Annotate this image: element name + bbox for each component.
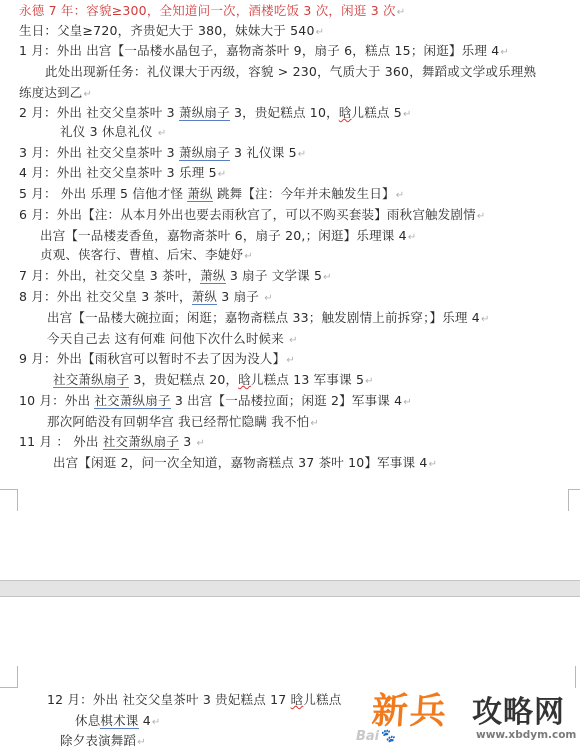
doc-line-month-6-outing[interactable]: 出宫【一品楼麦香鱼，嘉物斋茶叶 6，扇子 20,；闲逛】乐理课 4↵ — [40, 228, 416, 246]
doc-line-month-12[interactable]: 12 月：外出 社交父皇茶叶 3 贵妃糕点 17 晗儿糕点 — [47, 692, 341, 708]
doc-line-new-task-cont[interactable]: 练度达到乙↵ — [19, 85, 92, 103]
spellcheck-flagged-word: 晗 — [339, 105, 352, 120]
page2-top-left-margin-mark — [0, 666, 18, 688]
paragraph-mark-icon: ↵ — [137, 737, 146, 748]
site-watermark: Bai🐾 新兵 攻略网 www.xbdym.com — [360, 683, 580, 750]
paragraph-mark-icon: ↵ — [403, 109, 412, 120]
underlined-term: 社交萧纵扇子 — [53, 372, 129, 388]
underlined-term: 棋术课 — [100, 713, 138, 729]
paragraph-mark-icon: ↵ — [84, 89, 93, 100]
page1-bottom-left-margin-mark — [0, 489, 18, 511]
paragraph-mark-icon: ↵ — [408, 232, 417, 243]
paragraph-mark-icon: ↵ — [310, 418, 319, 429]
paragraph-mark-icon: ↵ — [152, 717, 161, 728]
underlined-term: 萧纵 — [187, 186, 212, 202]
paragraph-mark-icon: ↵ — [316, 27, 325, 38]
paragraph-mark-icon: ↵ — [197, 438, 206, 449]
paragraph-mark-icon: ↵ — [481, 314, 490, 325]
page-break-gap — [0, 580, 580, 597]
doc-line-month-11-outing[interactable]: 出宫【闲逛 2，问一次全知道，嘉物斋糕点 37 茶叶 10】军事课 4↵ — [53, 455, 437, 473]
doc-line-month-7[interactable]: 7 月：外出，社交父皇 3 茶叶，萧纵 3 扇子 文学课 5↵ — [19, 268, 332, 286]
doc-line-month-8-outing[interactable]: 出宫【一品楼大碗拉面；闲逛；嘉物斋糕点 33；触发剧情上前拆穿；】乐理 4↵ — [47, 310, 490, 328]
doc-line-month-6[interactable]: 6 月：外出【注：从本月外出也要去雨秋宫了，可以不购买套装】雨秋宫触发剧情↵ — [19, 207, 485, 225]
watermark-url: www.xbdym.com — [476, 729, 576, 741]
doc-line-month-1[interactable]: 1 月：外出 出宫【一品楼水晶包子，嘉物斋茶叶 9，扇子 6，糕点 15；闲逛】… — [19, 43, 509, 61]
paragraph-mark-icon: ↵ — [397, 7, 406, 18]
doc-line-month-9-social[interactable]: 社交萧纵扇子 3，贵妃糕点 20，晗儿糕点 13 军事课 5↵ — [53, 372, 374, 390]
paragraph-mark-icon: ↵ — [244, 251, 253, 262]
doc-line-month-5[interactable]: 5 月： 外出 乐理 5 信他才怪 萧纵 跳舞【注：今年并未触发生日】↵ — [19, 186, 404, 204]
spellcheck-flagged-word: 晗 — [238, 372, 251, 387]
paragraph-mark-icon: ↵ — [218, 169, 227, 180]
paragraph-mark-icon: ↵ — [403, 397, 412, 408]
watermark-brand-main: 新兵 — [370, 683, 450, 734]
doc-line-new-task[interactable]: 此处出现新任务：礼仪课大于丙级，容貌 > 230，气质大于 360，舞蹈或文学或… — [45, 64, 536, 80]
doc-line-month-10[interactable]: 10 月：外出 社交萧纵扇子 3 出宫【一品楼拉面；闲逛 2】军事课 4↵ — [19, 393, 412, 411]
doc-line-month-2-sub[interactable]: 礼仪 3 休息礼仪 ↵ — [60, 124, 166, 142]
paragraph-mark-icon: ↵ — [286, 355, 295, 366]
paragraph-mark-icon: ↵ — [396, 190, 405, 201]
spellcheck-flagged-word: 晗 — [291, 692, 304, 707]
doc-line-month-8-dialogue[interactable]: 今天自己去 这有何难 问他下次什么时候来 ↵ — [47, 331, 298, 349]
underlined-term: 萧纵扇子 — [179, 145, 230, 161]
doc-line-title[interactable]: 永德 7 年：容貌≥300，全知道问一次，酒楼吃饭 3 次，闲逛 3 次↵ — [19, 3, 405, 21]
doc-line-month-8[interactable]: 8 月：外出 社交父皇 3 茶叶，萧纵 3 扇子 ↵ — [19, 289, 273, 307]
paragraph-mark-icon: ↵ — [298, 149, 307, 160]
doc-line-new-year-eve[interactable]: 除夕表演舞蹈↵ — [60, 733, 146, 750]
doc-line-month-10-dialogue[interactable]: 那次阿皓没有回朝华宫 我已经帮忙隐瞒 我不怕↵ — [47, 414, 319, 432]
paragraph-mark-icon: ↵ — [500, 47, 509, 58]
watermark-brand-side: 攻略网 — [472, 687, 565, 731]
doc-line-birthday[interactable]: 生日：父皇≥720，齐贵妃大于 380，妹妹大于 540↵ — [19, 23, 324, 41]
underlined-term: 萧纵扇子 — [179, 105, 230, 121]
underlined-term: 社交萧纵扇子 — [103, 434, 179, 450]
doc-line-month-2[interactable]: 2 月：外出 社交父皇茶叶 3 萧纵扇子 3，贵妃糕点 10，晗儿糕点 5↵ — [19, 105, 412, 123]
doc-line-month-11[interactable]: 11 月 ： 外出 社交萧纵扇子 3 ↵ — [19, 434, 205, 452]
paragraph-mark-icon: ↵ — [477, 211, 486, 222]
underlined-term: 萧纵 — [200, 268, 225, 284]
paragraph-mark-icon: ↵ — [264, 293, 273, 304]
doc-line-month-6-books[interactable]: 贞观、侠客行、曹植、后宋、李婕妤↵ — [40, 247, 253, 265]
doc-line-month-9[interactable]: 9 月：外出【雨秋宫可以暂时不去了因为没人】↵ — [19, 351, 295, 369]
doc-line-month-3[interactable]: 3 月：外出 社交父皇茶叶 3 萧纵扇子 3 礼仪课 5↵ — [19, 145, 306, 163]
paragraph-mark-icon: ↵ — [429, 459, 438, 470]
paragraph-mark-icon: ↵ — [158, 128, 167, 139]
underlined-term: 社交萧纵扇子 — [94, 393, 170, 409]
paragraph-mark-icon: ↵ — [323, 272, 332, 283]
paragraph-mark-icon: ↵ — [365, 376, 374, 387]
doc-line-month-4[interactable]: 4 月：外出 社交父皇茶叶 3 乐理 5↵ — [19, 165, 226, 183]
underlined-term: 萧纵 — [192, 289, 217, 305]
page1-bottom-right-margin-mark — [568, 489, 580, 511]
doc-line-month-12-rest[interactable]: 休息棋术课 4↵ — [75, 713, 160, 731]
paragraph-mark-icon: ↵ — [289, 335, 298, 346]
